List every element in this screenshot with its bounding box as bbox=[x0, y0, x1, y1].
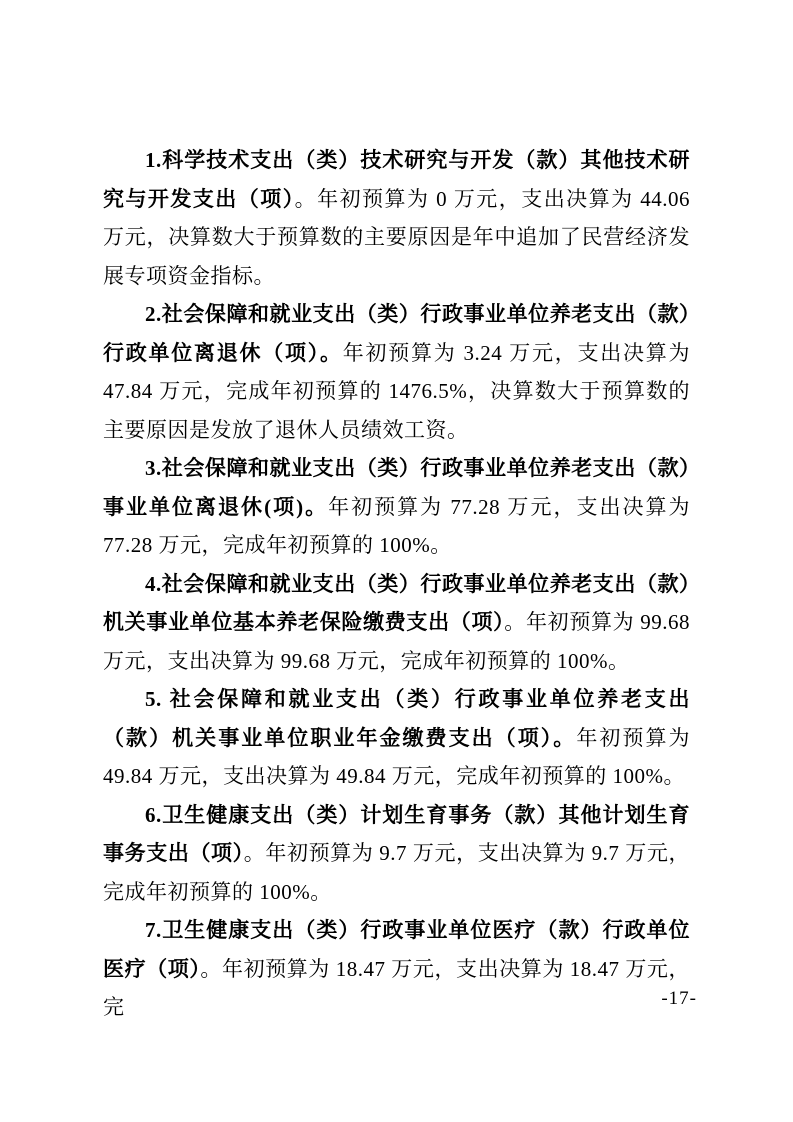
budget-item-paragraph: 4.社会保障和就业支出（类）行政事业单位养老支出（款）机关事业单位基本养老保险缴… bbox=[103, 565, 690, 681]
document-page: 1.科学技术支出（类）技术研究与开发（款）其他技术研究与开发支出（项）。年初预算… bbox=[0, 0, 793, 1122]
budget-item-paragraph: 1.科学技术支出（类）技术研究与开发（款）其他技术研究与开发支出（项）。年初预算… bbox=[103, 141, 690, 295]
page-number: -17- bbox=[661, 988, 697, 1010]
budget-item-paragraph: 7.卫生健康支出（类）行政事业单位医疗（款）行政单位医疗（项）。年初预算为 18… bbox=[103, 911, 690, 1027]
budget-item-paragraph: 2.社会保障和就业支出（类）行政事业单位养老支出（款）行政单位离退休（项）。年初… bbox=[103, 295, 690, 449]
budget-item-paragraph: 5. 社会保障和就业支出（类）行政事业单位养老支出（款）机关事业单位职业年金缴费… bbox=[103, 680, 690, 796]
budget-item-paragraph: 6.卫生健康支出（类）计划生育事务（款）其他计划生育事务支出（项）。年初预算为 … bbox=[103, 796, 690, 912]
budget-item-paragraph: 3.社会保障和就业支出（类）行政事业单位养老支出（款）事业单位离退休(项)。年初… bbox=[103, 449, 690, 565]
document-body: 1.科学技术支出（类）技术研究与开发（款）其他技术研究与开发支出（项）。年初预算… bbox=[103, 141, 690, 1027]
